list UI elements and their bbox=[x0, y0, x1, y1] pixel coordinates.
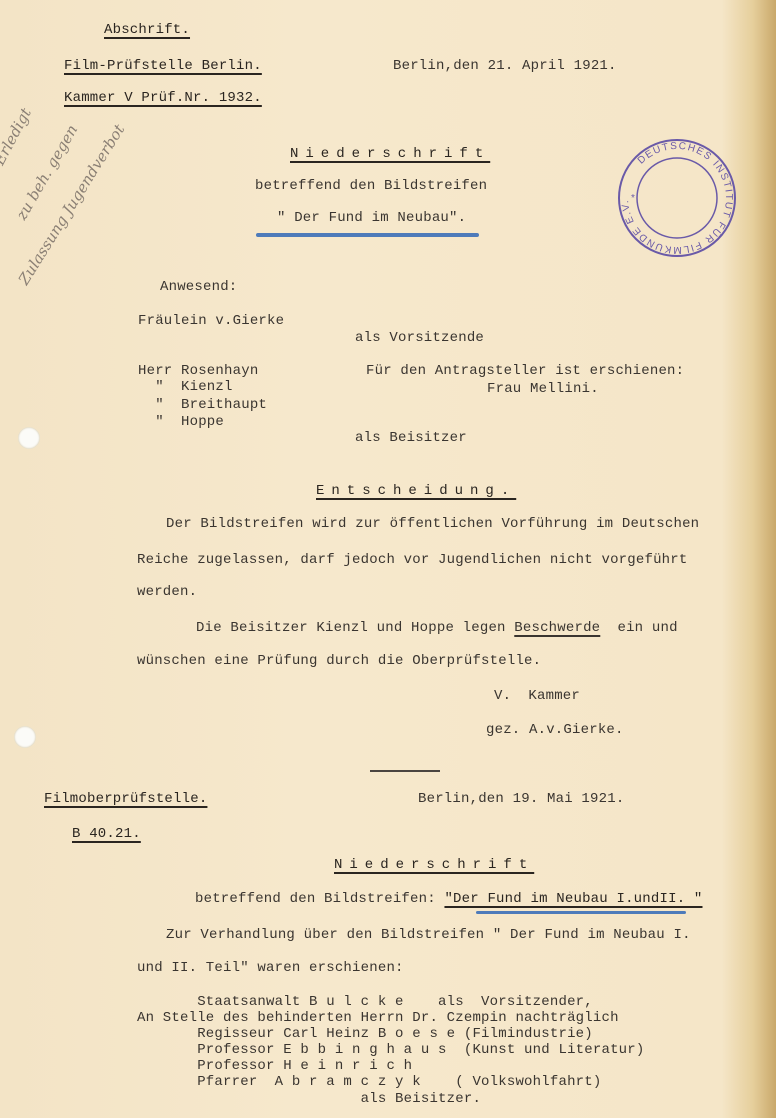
chamber-label: V. Kammer bbox=[494, 688, 580, 704]
subject-text: betreffend den Bildstreifen: bbox=[195, 891, 444, 907]
hearing-line: und II. Teil" waren erschienen: bbox=[137, 960, 404, 976]
appeal-text: Die Beisitzer Kienzl und Hoppe legen bbox=[196, 620, 514, 636]
chair-name: Fräulein v.Gierke bbox=[138, 313, 284, 329]
attendee-line: Professor H e i n r i c h bbox=[137, 1058, 412, 1074]
punch-hole-bottom bbox=[14, 726, 36, 748]
section-divider bbox=[370, 770, 440, 772]
attendee-line: An Stelle des behinderten Herrn Dr. Czem… bbox=[137, 1010, 619, 1026]
assessor-item: " Kienzl bbox=[138, 379, 233, 395]
signature-line: gez. A.v.Gierke. bbox=[486, 722, 624, 738]
place-date: Berlin,den 21. April 1921. bbox=[393, 58, 617, 74]
blue-pencil-underline bbox=[256, 233, 479, 237]
copy-label: Abschrift. bbox=[104, 22, 190, 38]
assessors-role: als Beisitzer bbox=[355, 430, 467, 446]
assessor-item: " Breithaupt bbox=[138, 397, 267, 413]
minutes-title: Niederschrift bbox=[290, 146, 490, 162]
office-name: Film-Prüfstelle Berlin. bbox=[64, 58, 262, 74]
institute-stamp: DEUTSCHES INSTITUT FÜR FILMKUNDE E.V. * bbox=[614, 135, 740, 261]
appeal-text-end: ein und bbox=[600, 620, 677, 636]
subject-film-title: "Der Fund im Neubau I.undII. " bbox=[444, 891, 702, 907]
appeal-keyword: Beschwerde bbox=[514, 620, 600, 636]
attendee-line: Pfarrer A b r a m c z y k ( Volkswohlfah… bbox=[137, 1074, 601, 1090]
svg-text:*: * bbox=[631, 193, 635, 204]
decision-line: Der Bildstreifen wird zur öffentlichen V… bbox=[166, 516, 699, 532]
attendee-line: als Beisitzer. bbox=[137, 1091, 481, 1107]
film-title: " Der Fund im Neubau". bbox=[277, 210, 466, 226]
subject-line: betreffend den Bildstreifen bbox=[255, 178, 487, 194]
present-label: Anwesend: bbox=[160, 279, 237, 295]
hearing-line: Zur Verhandlung über den Bildstreifen " … bbox=[166, 927, 691, 943]
upper-place-date: Berlin,den 19. Mai 1921. bbox=[418, 791, 624, 807]
upper-office-name: Filmoberprüfstelle. bbox=[44, 791, 207, 807]
applicant-name: Frau Mellini. bbox=[487, 381, 599, 397]
decision-line: werden. bbox=[137, 584, 197, 600]
appeal-line: Die Beisitzer Kienzl und Hoppe legen Bes… bbox=[196, 620, 678, 636]
decision-line: Reiche zugelassen, darf jedoch vor Jugen… bbox=[137, 552, 688, 568]
upper-minutes-title: Niederschrift bbox=[334, 857, 534, 873]
upper-reference: B 40.21. bbox=[72, 826, 141, 842]
attendee-line: Regisseur Carl Heinz B o e s e (Filmindu… bbox=[137, 1026, 593, 1042]
assessor-item: " Hoppe bbox=[138, 414, 224, 430]
handwritten-note: Erledigt bbox=[0, 105, 35, 168]
assessor-item: Herr Rosenhayn bbox=[138, 363, 258, 379]
appeal-line-2: wünschen eine Prüfung durch die Oberprüf… bbox=[137, 653, 541, 669]
applicant-line: Für den Antragsteller ist erschienen: bbox=[366, 363, 684, 379]
attendee-line: Professor E b b i n g h a u s (Kunst und… bbox=[137, 1042, 644, 1058]
attendee-line: Staatsanwalt B u l c k e als Vorsitzende… bbox=[137, 994, 593, 1010]
reference-number: Kammer V Prüf.Nr. 1932. bbox=[64, 90, 262, 106]
chair-role: als Vorsitzende bbox=[355, 330, 484, 346]
blue-pencil-underline bbox=[476, 911, 686, 914]
punch-hole-top bbox=[18, 427, 40, 449]
upper-subject: betreffend den Bildstreifen: "Der Fund i… bbox=[195, 891, 703, 907]
decision-title: Entscheidung. bbox=[316, 483, 516, 499]
